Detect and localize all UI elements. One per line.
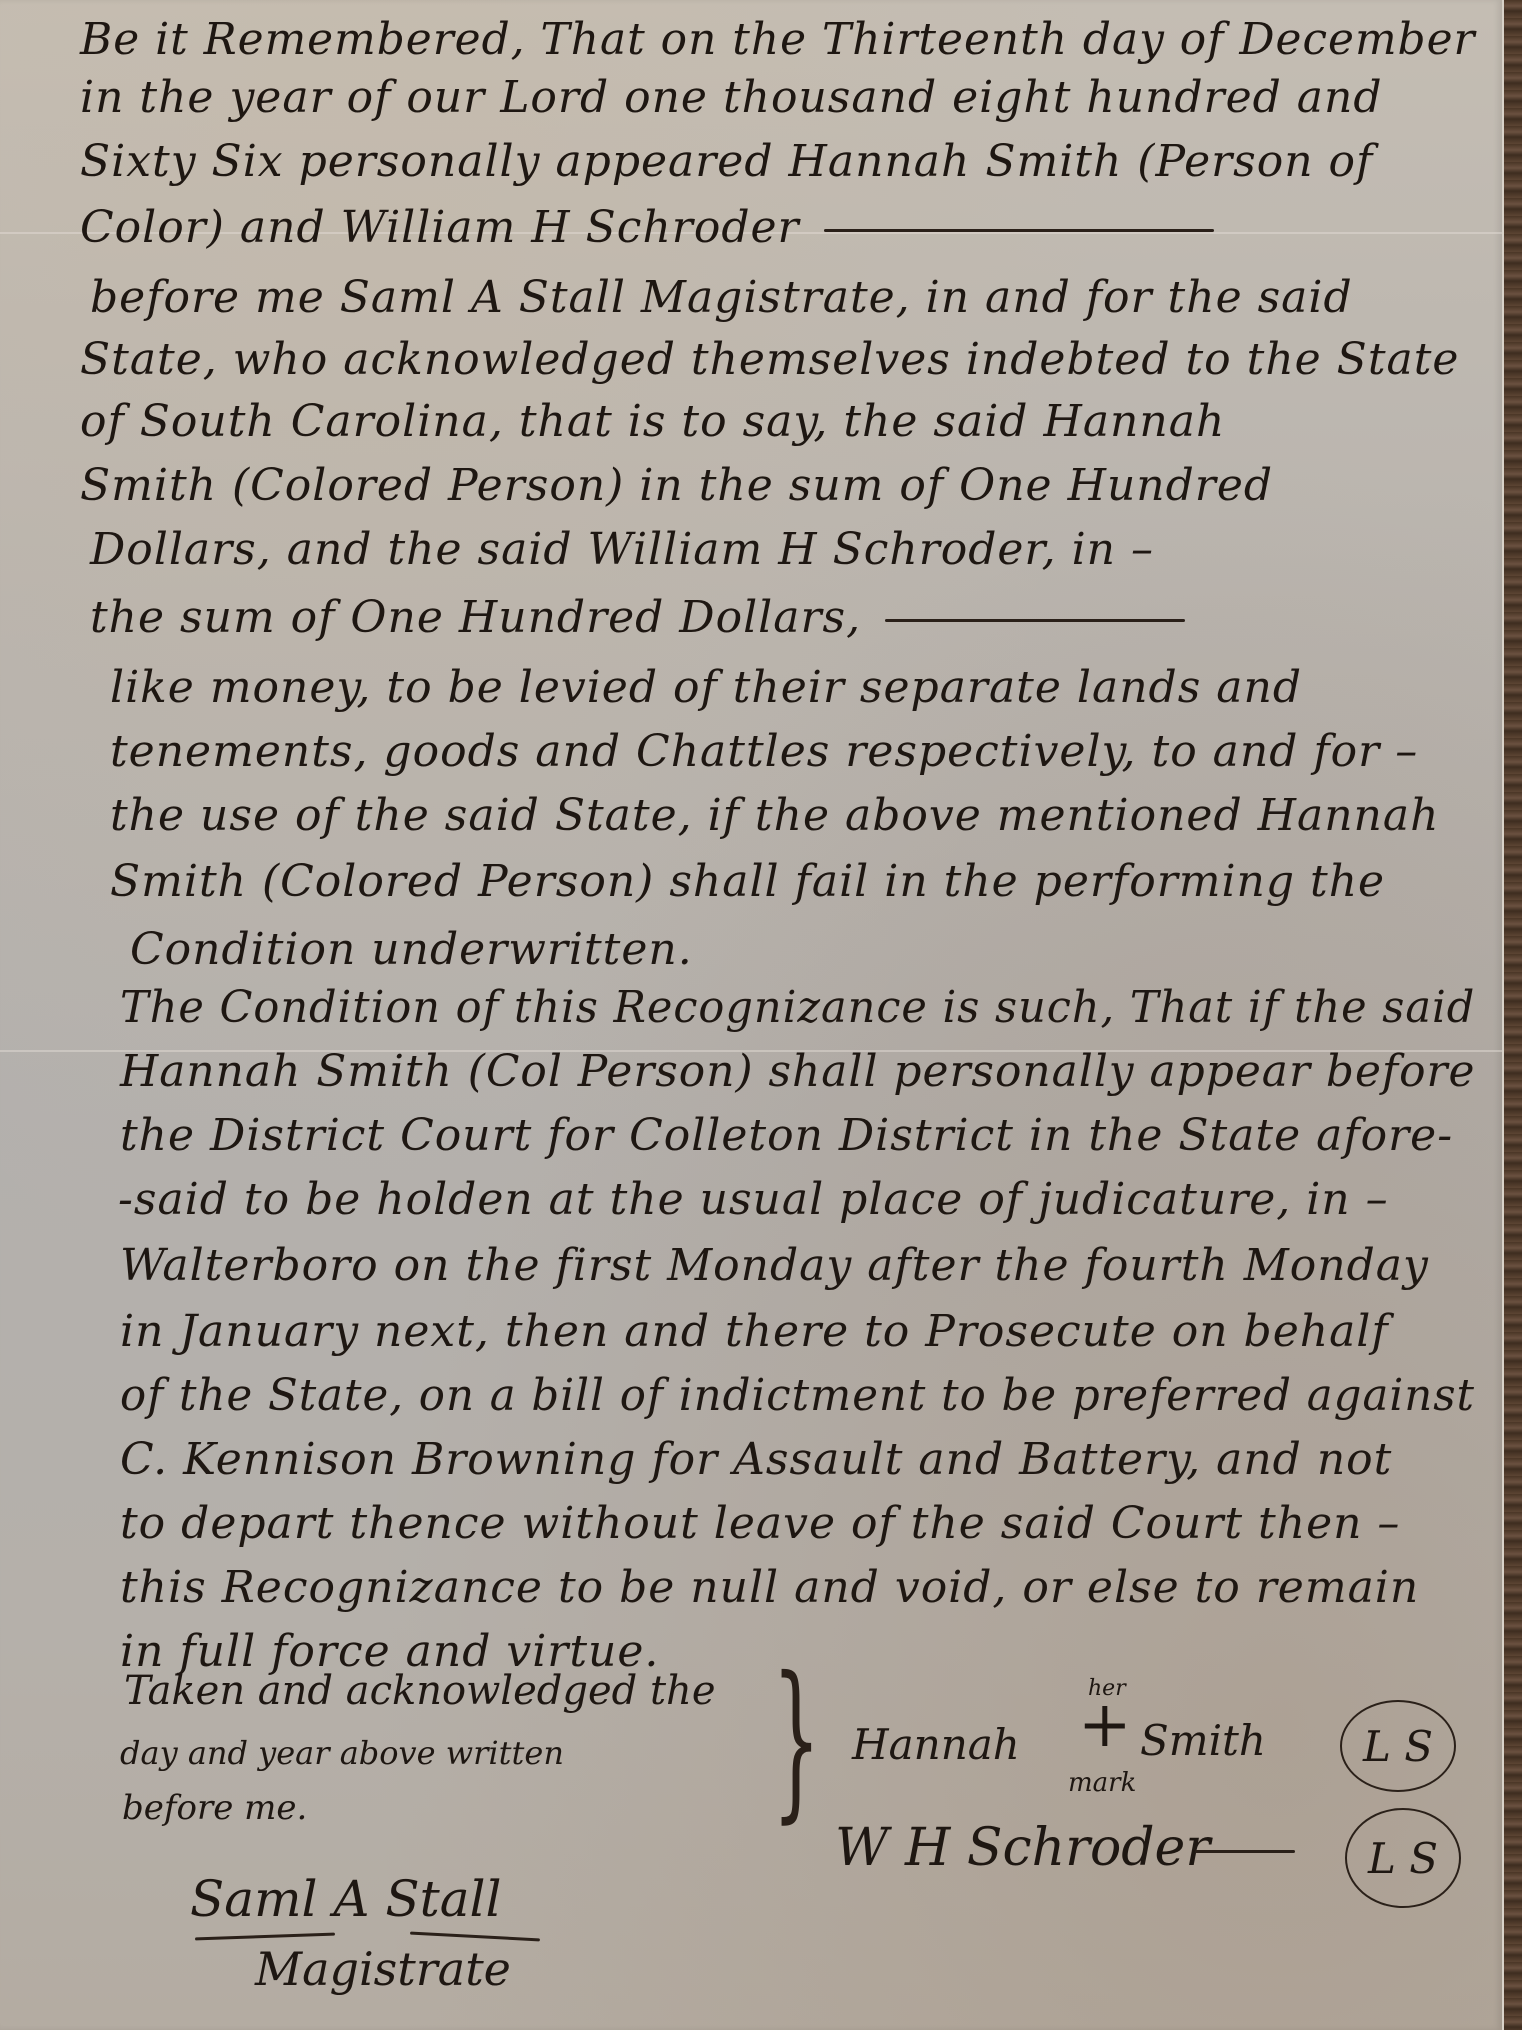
signer-last-name: Smith — [1140, 1716, 1266, 1765]
line-filler-flourish — [885, 619, 1185, 622]
seal-locus-sigilli: L S — [1345, 1808, 1461, 1908]
body-line: in the year of our Lord one thousand eig… — [80, 72, 1383, 123]
body-line: State, who acknowledged themselves indeb… — [80, 334, 1459, 385]
body-line: in January next, then and there to Prose… — [120, 1306, 1389, 1357]
magistrate-title: Magistrate — [255, 1942, 511, 1996]
body-line: The Condition of this Recognizance is su… — [120, 982, 1475, 1033]
signer-first-name: Hannah — [852, 1720, 1020, 1769]
seal-locus-sigilli: L S — [1340, 1700, 1456, 1792]
attestation-line: day and year above written — [120, 1734, 564, 1772]
schroder-signature: W H Schroder — [835, 1818, 1210, 1878]
body-line-text: Color) and William H Schroder — [80, 202, 800, 253]
signature-flourish — [410, 1932, 540, 1942]
attestation-line: before me. — [122, 1788, 307, 1828]
body-line: Sixty Six personally appeared Hannah Smi… — [80, 136, 1373, 187]
body-line: the sum of One Hundred Dollars, — [90, 592, 1185, 643]
body-line: the District Court for Colleton District… — [120, 1110, 1453, 1161]
body-line: Condition underwritten. — [130, 924, 693, 975]
body-line: Walterboro on the first Monday after the… — [120, 1240, 1429, 1291]
signature-flourish — [195, 1933, 335, 1941]
signature-mark-cross: + — [1078, 1688, 1132, 1762]
body-line: tenements, goods and Chattles respective… — [110, 726, 1418, 777]
magistrate-signature: Saml A Stall — [190, 1870, 502, 1928]
body-line: Color) and William H Schroder — [80, 202, 1214, 253]
body-line: of the State, on a bill of indictment to… — [120, 1370, 1475, 1421]
body-line: Dollars, and the said William H Schroder… — [90, 524, 1154, 575]
body-line: like money, to be levied of their separa… — [110, 662, 1302, 713]
body-line: Smith (Colored Person) shall fail in the… — [110, 856, 1385, 907]
body-line: of South Carolina, that is to say, the s… — [80, 396, 1225, 447]
body-line: -said to be holden at the usual place of… — [118, 1174, 1389, 1225]
body-line: this Recognizance to be null and void, o… — [120, 1562, 1419, 1613]
mark-label-mark: mark — [1068, 1768, 1136, 1798]
body-line: Hannah Smith (Col Person) shall personal… — [120, 1046, 1475, 1097]
body-line: to depart thence without leave of the sa… — [120, 1498, 1400, 1549]
body-line: Be it Remembered, That on the Thirteenth… — [80, 14, 1475, 65]
document-page: Be it Remembered, That on the Thirteenth… — [0, 0, 1504, 2030]
body-line: before me Saml A Stall Magistrate, in an… — [90, 272, 1353, 323]
attestation-line: Taken and acknowledged the — [124, 1668, 715, 1714]
body-line-text: the sum of One Hundred Dollars, — [90, 592, 861, 643]
body-line: C. Kennison Browning for Assault and Bat… — [120, 1434, 1392, 1485]
body-line: Smith (Colored Person) in the sum of One… — [80, 460, 1273, 511]
body-line: the use of the said State, if the above … — [110, 790, 1439, 841]
curly-brace: } — [772, 1655, 821, 1825]
line-filler-flourish — [824, 229, 1214, 232]
signature-flourish — [1195, 1850, 1295, 1853]
